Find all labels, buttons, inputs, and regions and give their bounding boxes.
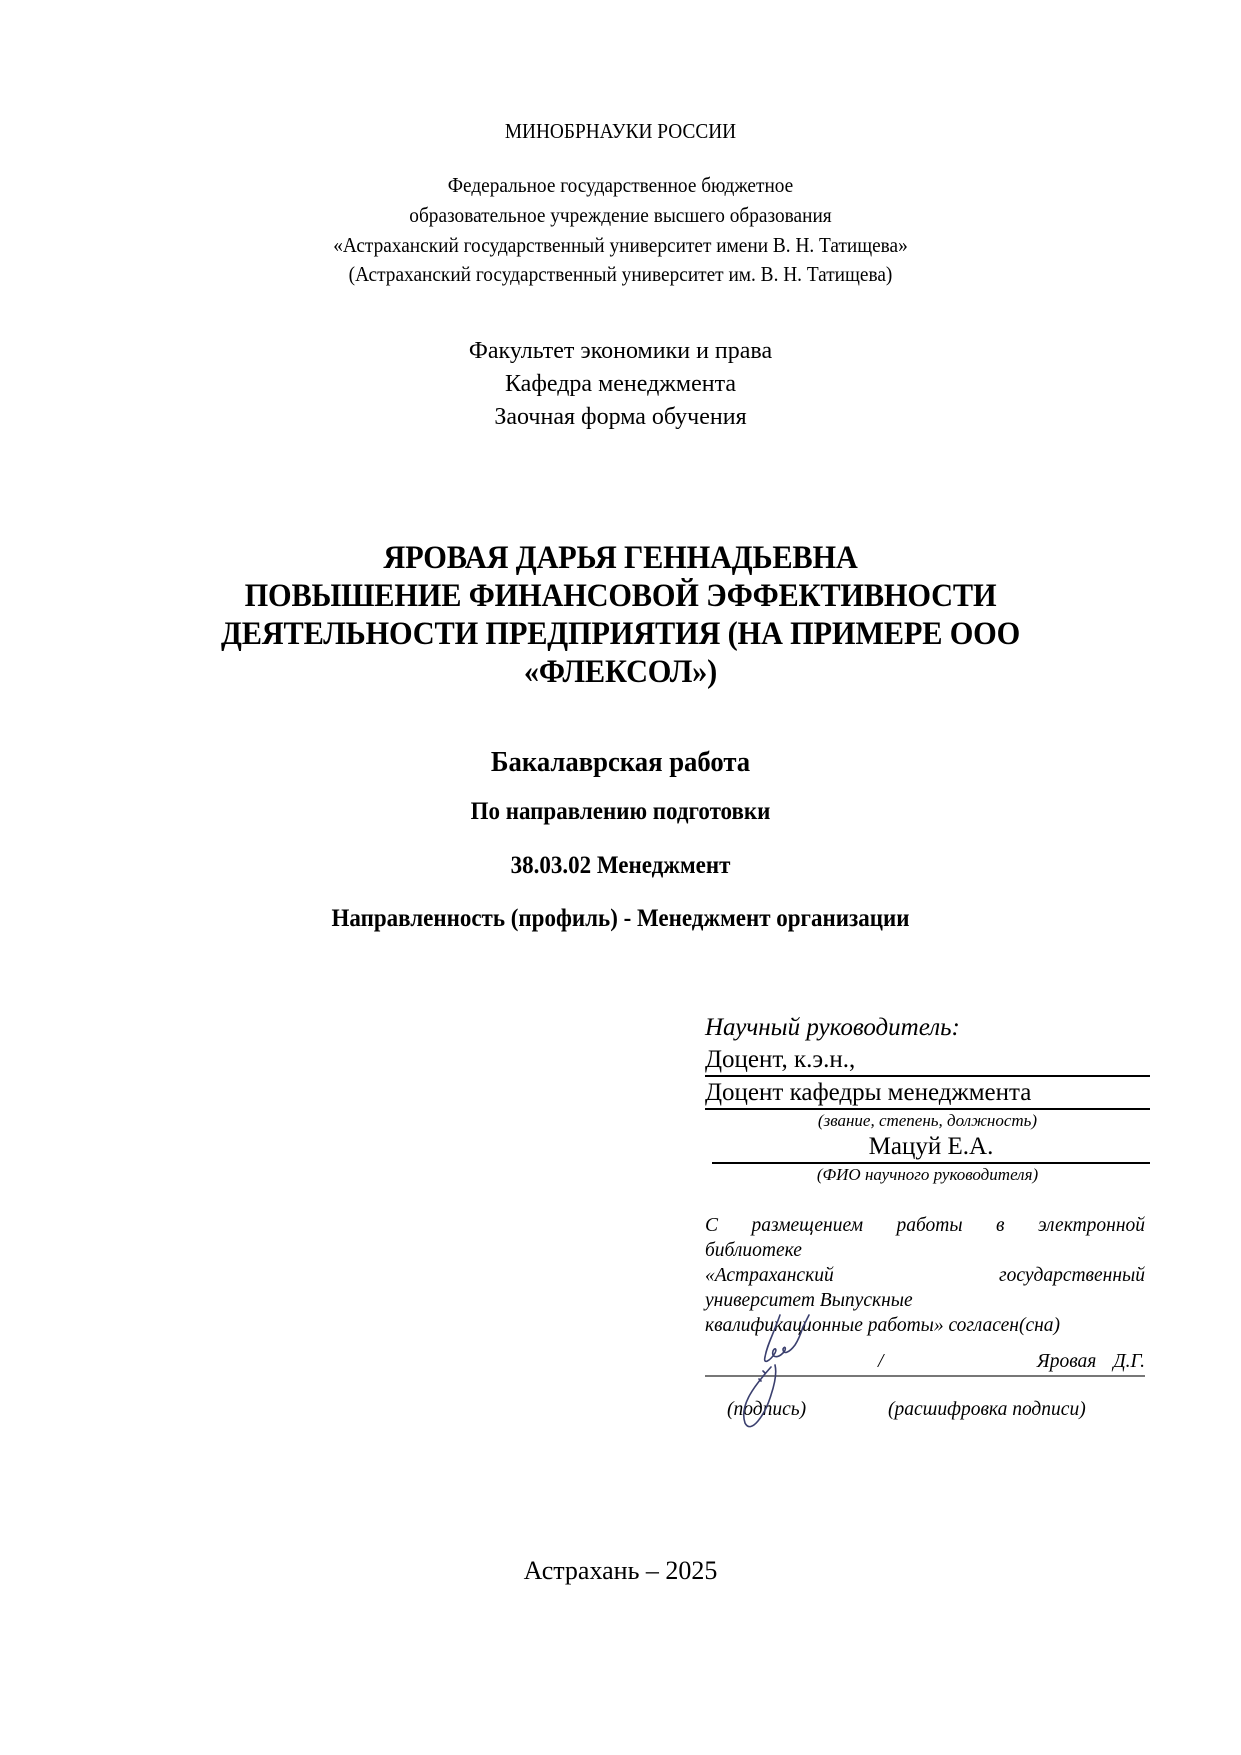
ministry-name: МИНОБРНАУКИ РОССИИ — [50, 116, 1192, 146]
institution-line-1: Федеральное государственное бюджетное — [50, 170, 1192, 200]
city-year: Астрахань – 2025 — [0, 1556, 1241, 1586]
supervisor-block: Научный руководитель: Доцент, к.э.н., До… — [705, 1012, 1150, 1186]
thesis-title-line-1: ПОВЫШЕНИЕ ФИНАНСОВОЙ ЭФФЕКТИВНОСТИ — [50, 578, 1192, 615]
consent-line-1: С размещением работы в электронной — [705, 1213, 1145, 1238]
supervisor-degree: Доцент, к.э.н., — [705, 1044, 1150, 1077]
direction-label: По направлению подготовки — [50, 797, 1192, 827]
institution-line-4: (Астраханский государственный университе… — [50, 259, 1192, 289]
thesis-title-line-3: «ФЛЕКСОЛ») — [50, 654, 1192, 691]
supervisor-name: Мацуй Е.А. — [712, 1132, 1150, 1164]
consent-line-2: библиотеке — [705, 1238, 1145, 1263]
handwritten-signature-icon — [725, 1305, 835, 1435]
institution-line-3: «Астраханский государственный университе… — [50, 230, 1192, 260]
signature-slash: / — [878, 1351, 883, 1373]
supervisor-position: Доцент кафедры менеджмента — [705, 1077, 1150, 1110]
institution-line-2: образовательное учреждение высшего образ… — [50, 200, 1192, 230]
profile: Направленность (профиль) - Менеджмент ор… — [50, 904, 1192, 934]
direction-code: 38.03.02 Менеджмент — [50, 851, 1192, 881]
faculty-name: Факультет экономики и права — [0, 335, 1241, 368]
author-name: ЯРОВАЯ ДАРЬЯ ГЕННАДЬЕВНА — [50, 540, 1192, 577]
work-type: Бакалаврская работа — [50, 745, 1192, 779]
thesis-title-line-2: ДЕЯТЕЛЬНОСТИ ПРЕДПРИЯТИЯ (НА ПРИМЕРЕ ООО — [50, 616, 1192, 653]
consent-line-3: «Астраханский государственный — [705, 1263, 1145, 1288]
department-name: Кафедра менеджмента — [0, 368, 1241, 401]
signer-name: Яровая Д.Г. — [1037, 1351, 1145, 1373]
position-note: (звание, степень, должность) — [705, 1110, 1150, 1132]
study-form: Заочная форма обучения — [0, 401, 1241, 434]
name-note: (ФИО научного руководителя) — [705, 1164, 1150, 1186]
decode-label: (расшифровка подписи) — [888, 1398, 1086, 1422]
supervisor-heading: Научный руководитель: — [705, 1012, 1150, 1044]
